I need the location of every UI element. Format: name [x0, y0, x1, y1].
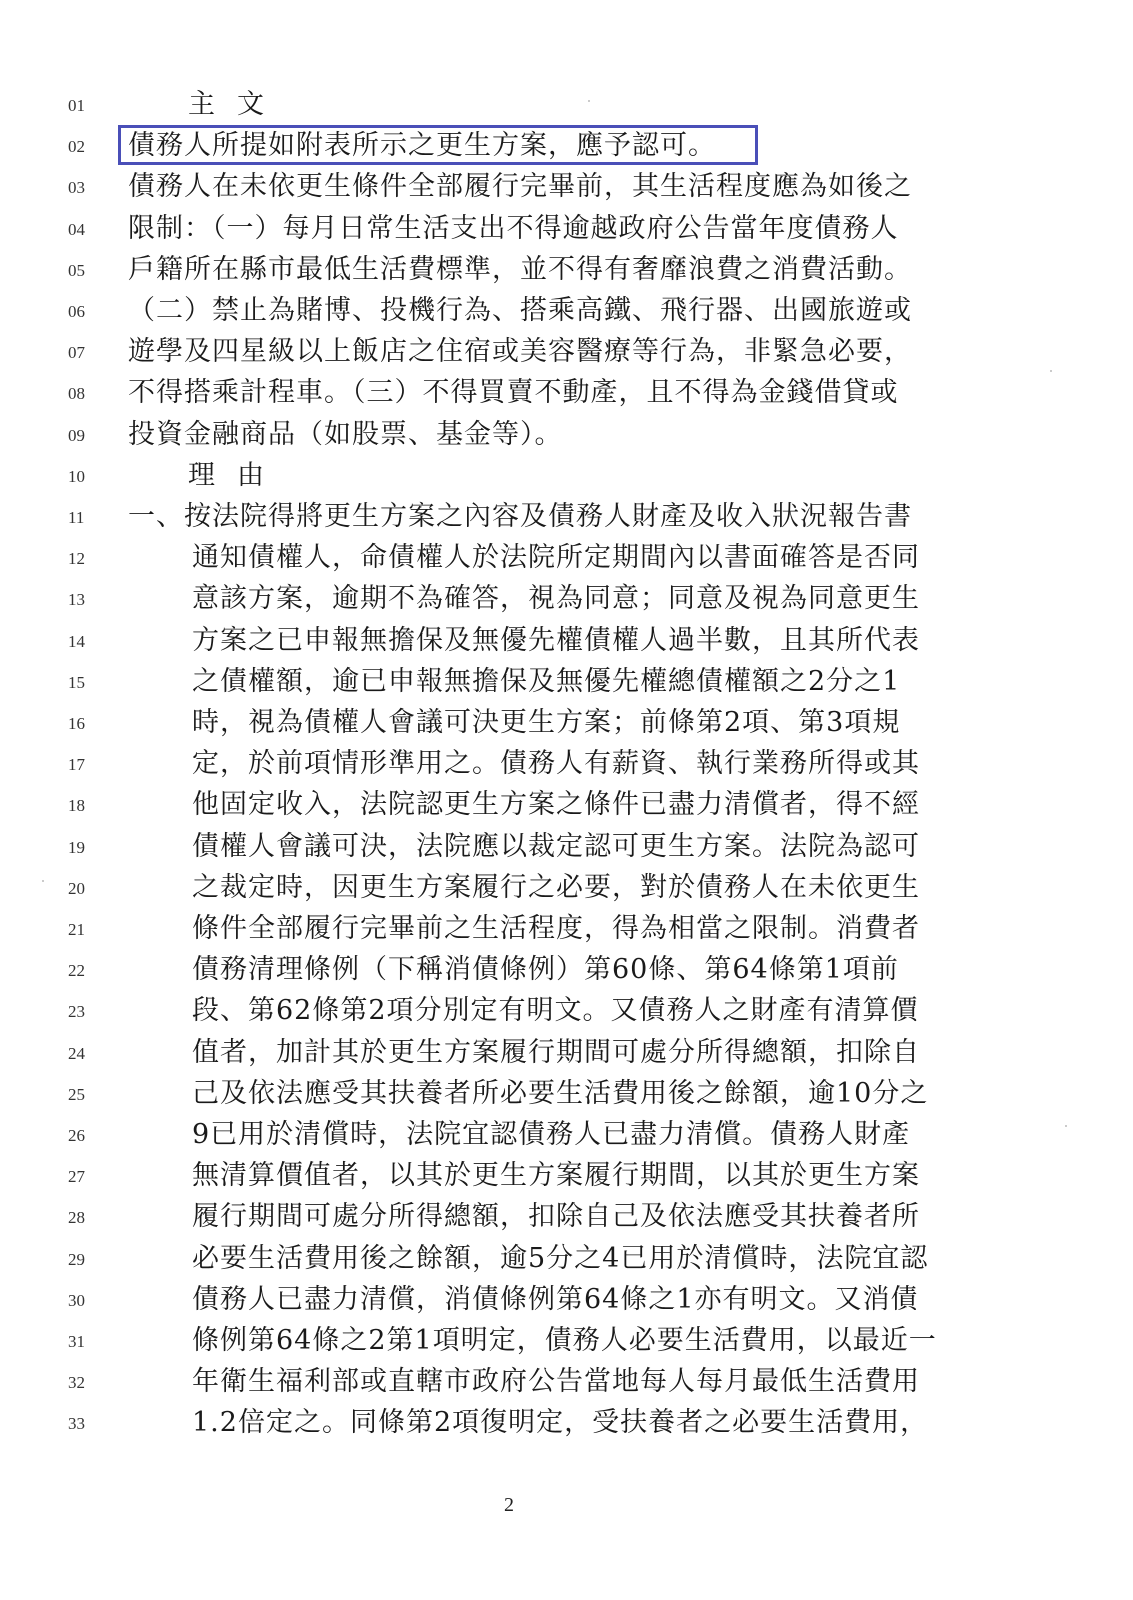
line-text: （二）禁止為賭博、投機行為、搭乘高鐵、飛行器、出國旅遊或	[128, 294, 912, 328]
document-line: 24值者，加計其於更生方案履行期間可處分所得總額，扣除自	[0, 1034, 1133, 1075]
line-text: 意該方案，逾期不為確答，視為同意；同意及視為同意更生	[192, 582, 920, 616]
line-number: 10	[68, 467, 98, 487]
line-number: 32	[68, 1373, 98, 1393]
document-line: 01主文	[0, 86, 1133, 127]
document-page: 01主文02債務人所提如附表所示之更生方案，應予認可。03債務人在未依更生條件全…	[0, 0, 1133, 1600]
line-number: 30	[68, 1291, 98, 1311]
line-number: 05	[68, 261, 98, 281]
scan-speck	[1050, 370, 1052, 372]
line-text: 條例第64條之2第1項明定，債務人必要生活費用，以最近一	[192, 1324, 937, 1358]
line-text: 通知債權人，命債權人於法院所定期間內以書面確答是否同	[192, 541, 920, 575]
line-number: 17	[68, 755, 98, 775]
document-line: 16時，視為債權人會議可決更生方案；前條第2項、第3項規	[0, 704, 1133, 745]
line-number: 06	[68, 302, 98, 322]
line-number: 18	[68, 796, 98, 816]
document-line: 22債務清理條例（下稱消債條例）第60條、第64條第1項前	[0, 951, 1133, 992]
document-line: 05戶籍所在縣市最低生活費標準，並不得有奢靡浪費之消費活動。	[0, 251, 1133, 292]
line-text: 履行期間可處分所得總額，扣除自己及依法應受其扶養者所	[192, 1200, 920, 1234]
line-number: 23	[68, 1002, 98, 1022]
document-line: 27無清算價值者，以其於更生方案履行期間，以其於更生方案	[0, 1157, 1133, 1198]
line-text: 遊學及四星級以上飯店之住宿或美容醫療等行為，非緊急必要，	[128, 335, 912, 369]
line-text: 時，視為債權人會議可決更生方案；前條第2項、第3項規	[192, 706, 900, 740]
line-number: 09	[68, 426, 98, 446]
line-text: 年衛生福利部或直轄市政府公告當地每人每月最低生活費用	[192, 1365, 920, 1399]
highlighted-ruling-text: 債務人所提如附表所示之更生方案，應予認可。	[128, 129, 716, 163]
document-line: 10理由	[0, 457, 1133, 498]
line-text: 條件全部履行完畢前之生活程度，得為相當之限制。消費者	[192, 912, 920, 946]
line-text: 己及依法應受其扶養者所必要生活費用後之餘額，逾10分之	[192, 1077, 928, 1111]
document-line: 23段、第62條第2項分別定有明文。又債務人之財產有清算價	[0, 992, 1133, 1033]
document-line: 18他固定收入，法院認更生方案之條件已盡力清償者，得不經	[0, 786, 1133, 827]
document-line: 09投資金融商品（如股票、基金等）。	[0, 416, 1133, 457]
section-heading: 主文	[188, 88, 286, 122]
line-number: 16	[68, 714, 98, 734]
line-number: 08	[68, 384, 98, 404]
line-text: 9已用於清償時，法院宜認債務人已盡力清償。債務人財產	[192, 1118, 910, 1152]
document-line: 31條例第64條之2第1項明定，債務人必要生活費用，以最近一	[0, 1322, 1133, 1363]
line-text: 之債權額，逾已申報無擔保及無優先權總債權額之2分之1	[192, 665, 900, 699]
document-line: 03債務人在未依更生條件全部履行完畢前，其生活程度應為如後之	[0, 168, 1133, 209]
line-number: 29	[68, 1250, 98, 1270]
line-number: 21	[68, 920, 98, 940]
line-text: 方案之已申報無擔保及無優先權債權人過半數，且其所代表	[192, 624, 920, 658]
line-number: 33	[68, 1414, 98, 1434]
document-line: 269已用於清償時，法院宜認債務人已盡力清償。債務人財產	[0, 1116, 1133, 1157]
document-line: 15之債權額，逾已申報無擔保及無優先權總債權額之2分之1	[0, 663, 1133, 704]
document-line: 14方案之已申報無擔保及無優先權債權人過半數，且其所代表	[0, 622, 1133, 663]
line-number: 19	[68, 838, 98, 858]
line-number: 12	[68, 549, 98, 569]
line-number: 03	[68, 178, 98, 198]
document-line: 20之裁定時，因更生方案履行之必要，對於債務人在未依更生	[0, 869, 1133, 910]
scan-speck	[42, 880, 44, 882]
line-text: 債務人已盡力清償，消債條例第64條之1亦有明文。又消債	[192, 1283, 919, 1317]
line-number: 13	[68, 590, 98, 610]
document-line: 28履行期間可處分所得總額，扣除自己及依法應受其扶養者所	[0, 1198, 1133, 1239]
scan-speck	[1065, 1125, 1067, 1127]
document-line: 02債務人所提如附表所示之更生方案，應予認可。	[0, 127, 1133, 168]
document-line: 13意該方案，逾期不為確答，視為同意；同意及視為同意更生	[0, 580, 1133, 621]
document-line: 19債權人會議可決，法院應以裁定認可更生方案。法院為認可	[0, 828, 1133, 869]
line-number: 07	[68, 343, 98, 363]
document-line: 17定，於前項情形準用之。債務人有薪資、執行業務所得或其	[0, 745, 1133, 786]
document-line: 11一、按法院得將更生方案之內容及債務人財產及收入狀況報告書	[0, 498, 1133, 539]
line-number: 04	[68, 220, 98, 240]
line-number: 24	[68, 1044, 98, 1064]
line-text: 他固定收入，法院認更生方案之條件已盡力清償者，得不經	[192, 788, 920, 822]
line-number: 22	[68, 961, 98, 981]
document-line: 08不得搭乘計程車。（三）不得買賣不動產，且不得為金錢借貸或	[0, 374, 1133, 415]
scan-speck	[588, 100, 590, 102]
line-number: 14	[68, 632, 98, 652]
line-text: 限制：（一）每月日常生活支出不得逾越政府公告當年度債務人	[128, 212, 899, 246]
line-text: 債務人在未依更生條件全部履行完畢前，其生活程度應為如後之	[128, 170, 912, 204]
line-number: 01	[68, 96, 98, 116]
line-number: 31	[68, 1332, 98, 1352]
line-number: 11	[68, 508, 98, 528]
line-text: 一、按法院得將更生方案之內容及債務人財產及收入狀況報告書	[128, 500, 912, 534]
document-line: 30債務人已盡力清償，消債條例第64條之1亦有明文。又消債	[0, 1281, 1133, 1322]
line-number: 26	[68, 1126, 98, 1146]
line-text: 不得搭乘計程車。（三）不得買賣不動產，且不得為金錢借貸或	[128, 376, 899, 410]
document-line: 04限制：（一）每月日常生活支出不得逾越政府公告當年度債務人	[0, 210, 1133, 251]
line-text: 無清算價值者，以其於更生方案履行期間，以其於更生方案	[192, 1159, 920, 1193]
line-text: 定，於前項情形準用之。債務人有薪資、執行業務所得或其	[192, 747, 920, 781]
line-number: 25	[68, 1085, 98, 1105]
line-text: 1.2倍定之。同條第2項復明定，受扶養者之必要生活費用，	[192, 1406, 928, 1440]
document-line: 29必要生活費用後之餘額，逾5分之4已用於清償時，法院宜認	[0, 1240, 1133, 1281]
line-text: 必要生活費用後之餘額，逾5分之4已用於清償時，法院宜認	[192, 1242, 928, 1276]
document-line: 12通知債權人，命債權人於法院所定期間內以書面確答是否同	[0, 539, 1133, 580]
line-text: 之裁定時，因更生方案履行之必要，對於債務人在未依更生	[192, 871, 920, 905]
line-number: 20	[68, 879, 98, 899]
document-line: 32年衛生福利部或直轄市政府公告當地每人每月最低生活費用	[0, 1363, 1133, 1404]
line-number: 28	[68, 1208, 98, 1228]
document-line: 06（二）禁止為賭博、投機行為、搭乘高鐵、飛行器、出國旅遊或	[0, 292, 1133, 333]
line-text: 戶籍所在縣市最低生活費標準，並不得有奢靡浪費之消費活動。	[128, 253, 912, 287]
document-line: 25己及依法應受其扶養者所必要生活費用後之餘額，逾10分之	[0, 1075, 1133, 1116]
line-number: 27	[68, 1167, 98, 1187]
line-number: 15	[68, 673, 98, 693]
document-line: 331.2倍定之。同條第2項復明定，受扶養者之必要生活費用，	[0, 1404, 1133, 1445]
line-text: 債權人會議可決，法院應以裁定認可更生方案。法院為認可	[192, 830, 920, 864]
line-text: 投資金融商品（如股票、基金等）。	[128, 418, 563, 452]
line-number: 02	[68, 137, 98, 157]
line-text: 值者，加計其於更生方案履行期間可處分所得總額，扣除自	[192, 1036, 920, 1070]
page-number: 2	[504, 1494, 514, 1517]
line-text: 段、第62條第2項分別定有明文。又債務人之財產有清算價	[192, 994, 919, 1028]
section-heading: 理由	[188, 459, 286, 493]
document-line: 07遊學及四星級以上飯店之住宿或美容醫療等行為，非緊急必要，	[0, 333, 1133, 374]
document-line: 21條件全部履行完畢前之生活程度，得為相當之限制。消費者	[0, 910, 1133, 951]
line-text: 債務清理條例（下稱消債條例）第60條、第64條第1項前	[192, 953, 899, 987]
